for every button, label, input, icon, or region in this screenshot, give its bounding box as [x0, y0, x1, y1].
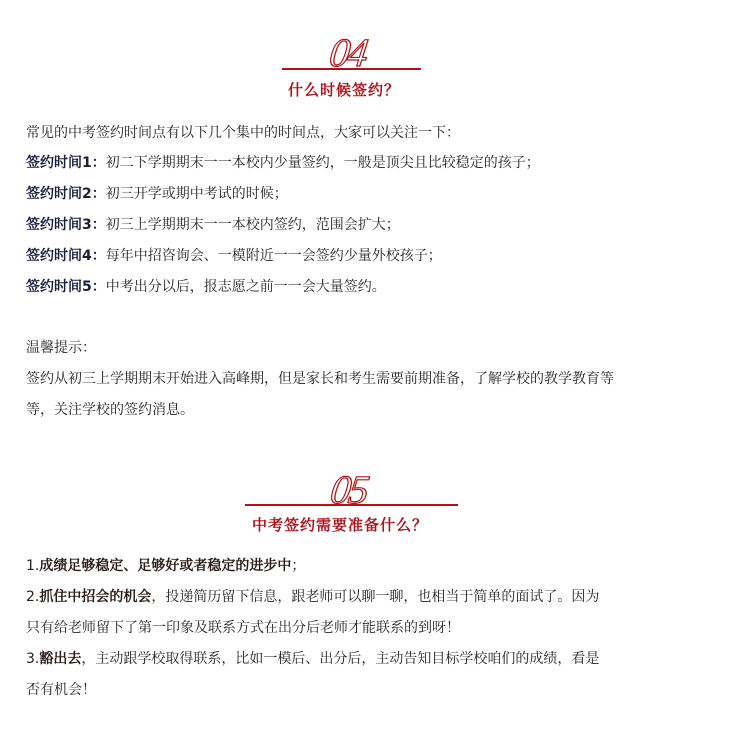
section-title: 中考签约需要准备什么？ [252, 514, 428, 535]
item-text: ； [291, 558, 305, 574]
item-text: 初三开学或期中考试的时候； [106, 186, 288, 202]
item-prefix: 1. [26, 558, 39, 574]
tip-text-line2: 等，关注学校的签约消息。 [26, 401, 194, 419]
list-item: 3.豁出去，主动跟学校取得联系，比如一模后、出分后，主动告知目标学校咱们的成绩，… [26, 650, 599, 668]
tip-label: 温馨提示： [26, 339, 96, 357]
item-label: 签约时间2： [26, 186, 106, 202]
header-divider [282, 68, 421, 70]
item-prefix: 2. [26, 589, 39, 605]
list-item: 2.抓住中招会的机会，投递简历留下信息，跟老师可以聊一聊，也相当于简单的面试了。… [26, 588, 599, 606]
item-text: ，主动跟学校取得联系，比如一模后、出分后，主动告知目标学校咱们的成绩，看是 [81, 651, 599, 667]
list-item-continuation: 否有机会！ [26, 681, 96, 699]
section-number: 04 [327, 33, 369, 73]
item-bold: 豁出去 [39, 651, 81, 667]
item-bold: 抓住中招会的机会 [39, 589, 151, 605]
item-text: 只有给老师留下了第一印象及联系方式在出分后老师才能联系的到呀！ [26, 620, 460, 636]
item-text: ，投递简历留下信息，跟老师可以聊一聊，也相当于简单的面试了。因为 [151, 589, 599, 605]
list-item: 签约时间2：初三开学或期中考试的时候； [26, 185, 288, 203]
item-text: 初三上学期期末一一本校内签约，范围会扩大； [106, 217, 400, 233]
list-item: 签约时间4：每年中招咨询会、一模附近一一会签约少量外校孩子； [26, 247, 442, 265]
item-prefix: 3. [26, 651, 39, 667]
list-item: 1.成绩足够稳定、足够好或者稳定的进步中； [26, 557, 305, 575]
item-text: 每年中招咨询会、一模附近一一会签约少量外校孩子； [106, 248, 442, 264]
item-label: 签约时间3： [26, 217, 106, 233]
section-title: 什么时候签约？ [288, 79, 400, 100]
list-item: 签约时间1：初二下学期期末一一本校内少量签约，一般是顶尖且比较稳定的孩子； [26, 154, 540, 172]
tip-text-line1: 签约从初三上学期期末开始进入高峰期，但是家长和考生需要前期准备，了解学校的教学教… [26, 370, 614, 388]
list-item: 签约时间5：中考出分以后，报志愿之前一一会大量签约。 [26, 278, 386, 296]
item-label: 签约时间4： [26, 248, 106, 264]
item-text: 中考出分以后，报志愿之前一一会大量签约。 [106, 279, 386, 295]
item-text: 初二下学期期末一一本校内少量签约，一般是顶尖且比较稳定的孩子； [106, 155, 540, 171]
item-label: 签约时间1： [26, 155, 106, 171]
list-item: 签约时间3：初三上学期期末一一本校内签约，范围会扩大； [26, 216, 400, 234]
item-bold: 成绩足够稳定、足够好或者稳定的进步中 [39, 558, 291, 574]
intro-text: 常见的中考签约时间点有以下几个集中的时间点，大家可以关注一下： [26, 124, 460, 142]
item-label: 签约时间5： [26, 279, 106, 295]
list-item-continuation: 只有给老师留下了第一印象及联系方式在出分后老师才能联系的到呀！ [26, 619, 460, 637]
header-divider [245, 504, 458, 506]
item-text: 否有机会！ [26, 682, 96, 698]
